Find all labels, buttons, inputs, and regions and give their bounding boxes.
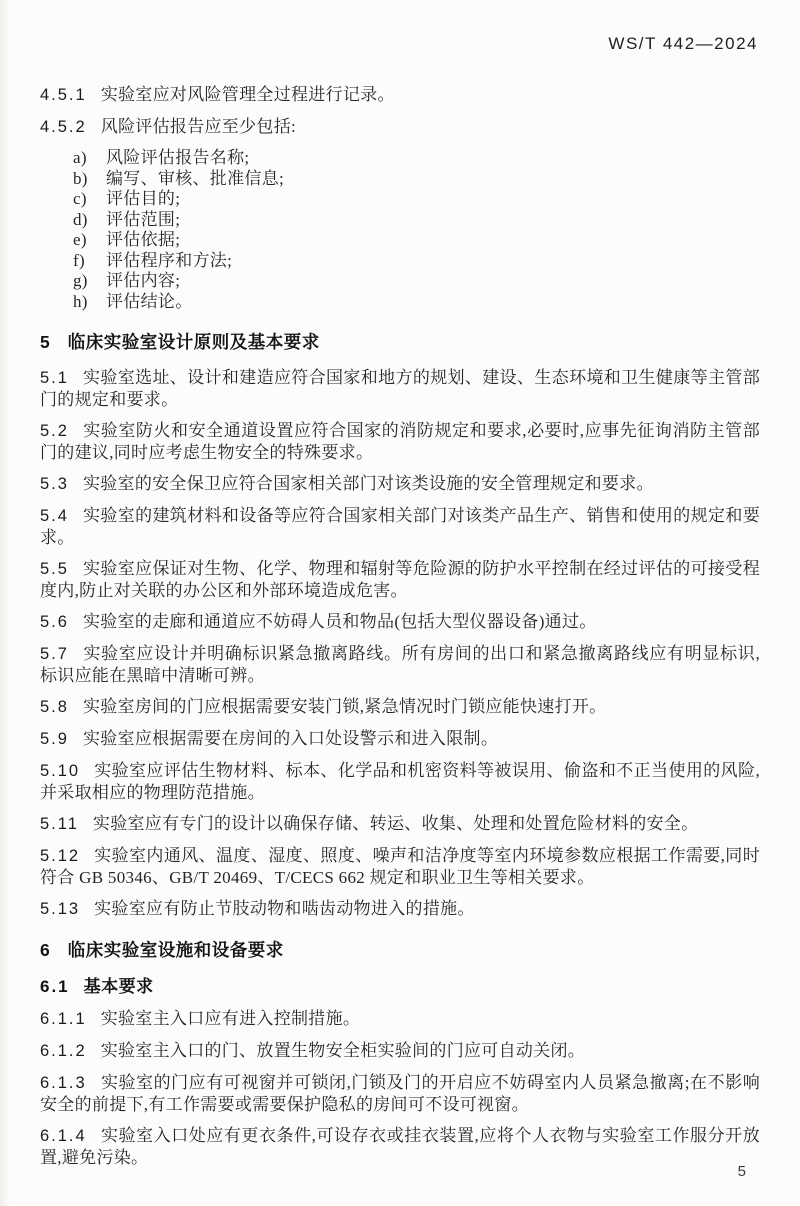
clause-text: 实验室的建筑材料和设备等应符合国家相关部门对该类产品生产、销售和使用的规定和要求… bbox=[40, 506, 760, 547]
clause-5-3: 5.3实验室的安全保卫应符合国家相关部门对该类设施的安全管理规定和要求。 bbox=[40, 473, 760, 495]
clause-number: 6 bbox=[40, 940, 52, 960]
clause-text: 实验室防火和安全通道设置应符合国家的消防规定和要求,必要时,应事先征询消防主管部… bbox=[40, 421, 760, 462]
clause-text: 风险评估报告应至少包括: bbox=[101, 117, 296, 136]
clause-text: 实验室应评估生物材料、标本、化学品和机密资料等被误用、偷盗和不正当使用的风险,并… bbox=[40, 761, 760, 802]
clause-4-5-1: 4.5.1实验室应对风险管理全过程进行记录。 bbox=[40, 84, 760, 106]
clause-number: 5.2 bbox=[40, 422, 69, 440]
list-item-label: d) bbox=[73, 210, 91, 231]
clause-number: 6.1.4 bbox=[40, 1127, 87, 1145]
clause-text: 实验室的安全保卫应符合国家相关部门对该类设施的安全管理规定和要求。 bbox=[83, 474, 654, 493]
list-item-b: b)编写、审核、批准信息; bbox=[73, 169, 760, 190]
list-item-label: e) bbox=[73, 230, 91, 251]
clause-5-13: 5.13实验室应有防止节肢动物和啮齿动物进入的措施。 bbox=[40, 898, 760, 920]
clause-number: 5.9 bbox=[40, 730, 69, 748]
clause-text: 实验室入口处应有更衣条件,可设存衣或挂衣装置,应将个人衣物与实验室工作服分开放置… bbox=[40, 1126, 760, 1167]
clause-number: 5 bbox=[40, 332, 52, 352]
clause-number: 5.1 bbox=[40, 369, 69, 387]
clause-5-5: 5.5实验室应保证对生物、化学、物理和辐射等危险源的防护水平控制在经过评估的可接… bbox=[40, 558, 760, 601]
clause-6-1-3: 6.1.3实验室的门应有可视窗并可锁闭,门锁及门的开启应不妨碍室内人员紧急撤离;… bbox=[40, 1072, 760, 1115]
clause-5-12: 5.12实验室内通风、温度、湿度、照度、噪声和洁净度等室内环境参数应根据工作需要… bbox=[40, 845, 760, 888]
subsection-heading-6-1: 6.1基本要求 bbox=[40, 976, 760, 998]
clause-5-4: 5.4实验室的建筑材料和设备等应符合国家相关部门对该类产品生产、销售和使用的规定… bbox=[40, 505, 760, 548]
clause-text: 实验室主入口应有进入控制措施。 bbox=[101, 1009, 361, 1028]
list-item-text: 评估内容; bbox=[106, 271, 180, 290]
heading-text: 基本要求 bbox=[84, 977, 154, 996]
list-item-text: 评估范围; bbox=[106, 210, 180, 229]
clause-text: 实验室应根据需要在房间的入口处设警示和进入限制。 bbox=[83, 729, 498, 748]
clause-number: 5.8 bbox=[40, 698, 69, 716]
clause-number: 6.1.2 bbox=[40, 1042, 87, 1060]
clause-number: 5.7 bbox=[40, 645, 69, 663]
document-page: WS/T 442—2024 4.5.1实验室应对风险管理全过程进行记录。4.5.… bbox=[0, 0, 800, 1206]
clause-number: 4.5.1 bbox=[40, 86, 87, 104]
section-heading-5: 5临床实验室设计原则及基本要求 bbox=[40, 330, 760, 354]
clause-text: 实验室应保证对生物、化学、物理和辐射等危险源的防护水平控制在经过评估的可接受程度… bbox=[40, 559, 760, 600]
clause-6-1-2: 6.1.2实验室主入口的门、放置生物安全柜实验间的门应可自动关闭。 bbox=[40, 1040, 760, 1062]
document-content: 4.5.1实验室应对风险管理全过程进行记录。4.5.2风险评估报告应至少包括:a… bbox=[40, 84, 760, 1178]
clause-list: a)风险评估报告名称;b)编写、审核、批准信息;c)评估目的;d)评估范围;e)… bbox=[40, 148, 760, 312]
clause-6-1-4: 6.1.4实验室入口处应有更衣条件,可设存衣或挂衣装置,应将个人衣物与实验室工作… bbox=[40, 1125, 760, 1168]
list-item-text: 评估结论。 bbox=[106, 292, 193, 311]
list-item-e: e)评估依据; bbox=[73, 230, 760, 251]
list-item-label: g) bbox=[73, 271, 91, 292]
clause-text: 实验室应有防止节肢动物和啮齿动物进入的措施。 bbox=[94, 899, 475, 918]
clause-text: 实验室房间的门应根据需要安装门锁,紧急情况时门锁应能快速打开。 bbox=[83, 697, 607, 716]
clause-6-1-1: 6.1.1实验室主入口应有进入控制措施。 bbox=[40, 1008, 760, 1030]
clause-number: 5.4 bbox=[40, 507, 69, 525]
standard-code-header: WS/T 442—2024 bbox=[608, 34, 758, 54]
clause-number: 4.5.2 bbox=[40, 118, 87, 136]
clause-5-8: 5.8实验室房间的门应根据需要安装门锁,紧急情况时门锁应能快速打开。 bbox=[40, 696, 760, 718]
clause-text: 实验室应有专门的设计以确保存储、转运、收集、处理和处置危险材料的安全。 bbox=[93, 814, 699, 833]
clause-number: 5.11 bbox=[40, 815, 79, 833]
clause-5-7: 5.7实验室应设计并明确标识紧急撤离路线。所有房间的出口和紧急撤离路线应有明显标… bbox=[40, 643, 760, 686]
clause-number: 5.13 bbox=[40, 900, 80, 918]
list-item-label: h) bbox=[73, 292, 91, 313]
clause-5-10: 5.10实验室应评估生物材料、标本、化学品和机密资料等被误用、偷盗和不正当使用的… bbox=[40, 760, 760, 803]
clause-5-6: 5.6实验室的走廊和通道应不妨碍人员和物品(包括大型仪器设备)通过。 bbox=[40, 611, 760, 633]
clause-text: 实验室选址、设计和建造应符合国家和地方的规划、建设、生态环境和卫生健康等主管部门… bbox=[40, 368, 760, 409]
clause-text: 实验室的走廊和通道应不妨碍人员和物品(包括大型仪器设备)通过。 bbox=[83, 612, 597, 631]
list-item-text: 评估程序和方法; bbox=[106, 251, 232, 270]
list-item-h: h)评估结论。 bbox=[73, 292, 760, 313]
list-item-label: f) bbox=[73, 251, 91, 272]
clause-4-5-2: 4.5.2风险评估报告应至少包括: bbox=[40, 116, 760, 138]
list-item-text: 评估目的; bbox=[106, 189, 180, 208]
page-number: 5 bbox=[738, 1163, 746, 1180]
list-item-a: a)风险评估报告名称; bbox=[73, 148, 760, 169]
list-item-label: a) bbox=[73, 148, 91, 169]
clause-text: 实验室应设计并明确标识紧急撤离路线。所有房间的出口和紧急撤离路线应有明显标识,标… bbox=[40, 644, 760, 685]
clause-5-2: 5.2实验室防火和安全通道设置应符合国家的消防规定和要求,必要时,应事先征询消防… bbox=[40, 420, 760, 463]
clause-number: 5.3 bbox=[40, 475, 69, 493]
section-heading-6: 6临床实验室设施和设备要求 bbox=[40, 938, 760, 962]
clause-number: 6.1.3 bbox=[40, 1074, 87, 1092]
list-item-g: g)评估内容; bbox=[73, 271, 760, 292]
clause-number: 5.5 bbox=[40, 560, 69, 578]
clause-number: 6.1 bbox=[40, 977, 70, 996]
clause-number: 5.6 bbox=[40, 613, 69, 631]
clause-number: 5.10 bbox=[40, 762, 80, 780]
list-item-text: 评估依据; bbox=[106, 230, 180, 249]
clause-text: 实验室应对风险管理全过程进行记录。 bbox=[101, 85, 395, 104]
clause-5-9: 5.9实验室应根据需要在房间的入口处设警示和进入限制。 bbox=[40, 728, 760, 750]
clause-5-1: 5.1实验室选址、设计和建造应符合国家和地方的规划、建设、生态环境和卫生健康等主… bbox=[40, 367, 760, 410]
clause-5-11: 5.11实验室应有专门的设计以确保存储、转运、收集、处理和处置危险材料的安全。 bbox=[40, 813, 760, 835]
list-item-label: c) bbox=[73, 189, 91, 210]
clause-text: 实验室主入口的门、放置生物安全柜实验间的门应可自动关闭。 bbox=[101, 1041, 585, 1060]
clause-number: 5.12 bbox=[40, 847, 80, 865]
heading-text: 临床实验室设施和设备要求 bbox=[68, 940, 284, 960]
clause-text: 实验室的门应有可视窗并可锁闭,门锁及门的开启应不妨碍室内人员紧急撤离;在不影响安… bbox=[40, 1073, 760, 1114]
list-item-c: c)评估目的; bbox=[73, 189, 760, 210]
clause-text: 实验室内通风、温度、湿度、照度、噪声和洁净度等室内环境参数应根据工作需要,同时符… bbox=[40, 846, 760, 887]
list-item-text: 风险评估报告名称; bbox=[106, 148, 249, 167]
list-item-label: b) bbox=[73, 169, 91, 190]
list-item-d: d)评估范围; bbox=[73, 210, 760, 231]
list-item-f: f)评估程序和方法; bbox=[73, 251, 760, 272]
list-item-text: 编写、审核、批准信息; bbox=[106, 169, 284, 188]
clause-number: 6.1.1 bbox=[40, 1010, 87, 1028]
heading-text: 临床实验室设计原则及基本要求 bbox=[68, 332, 320, 352]
